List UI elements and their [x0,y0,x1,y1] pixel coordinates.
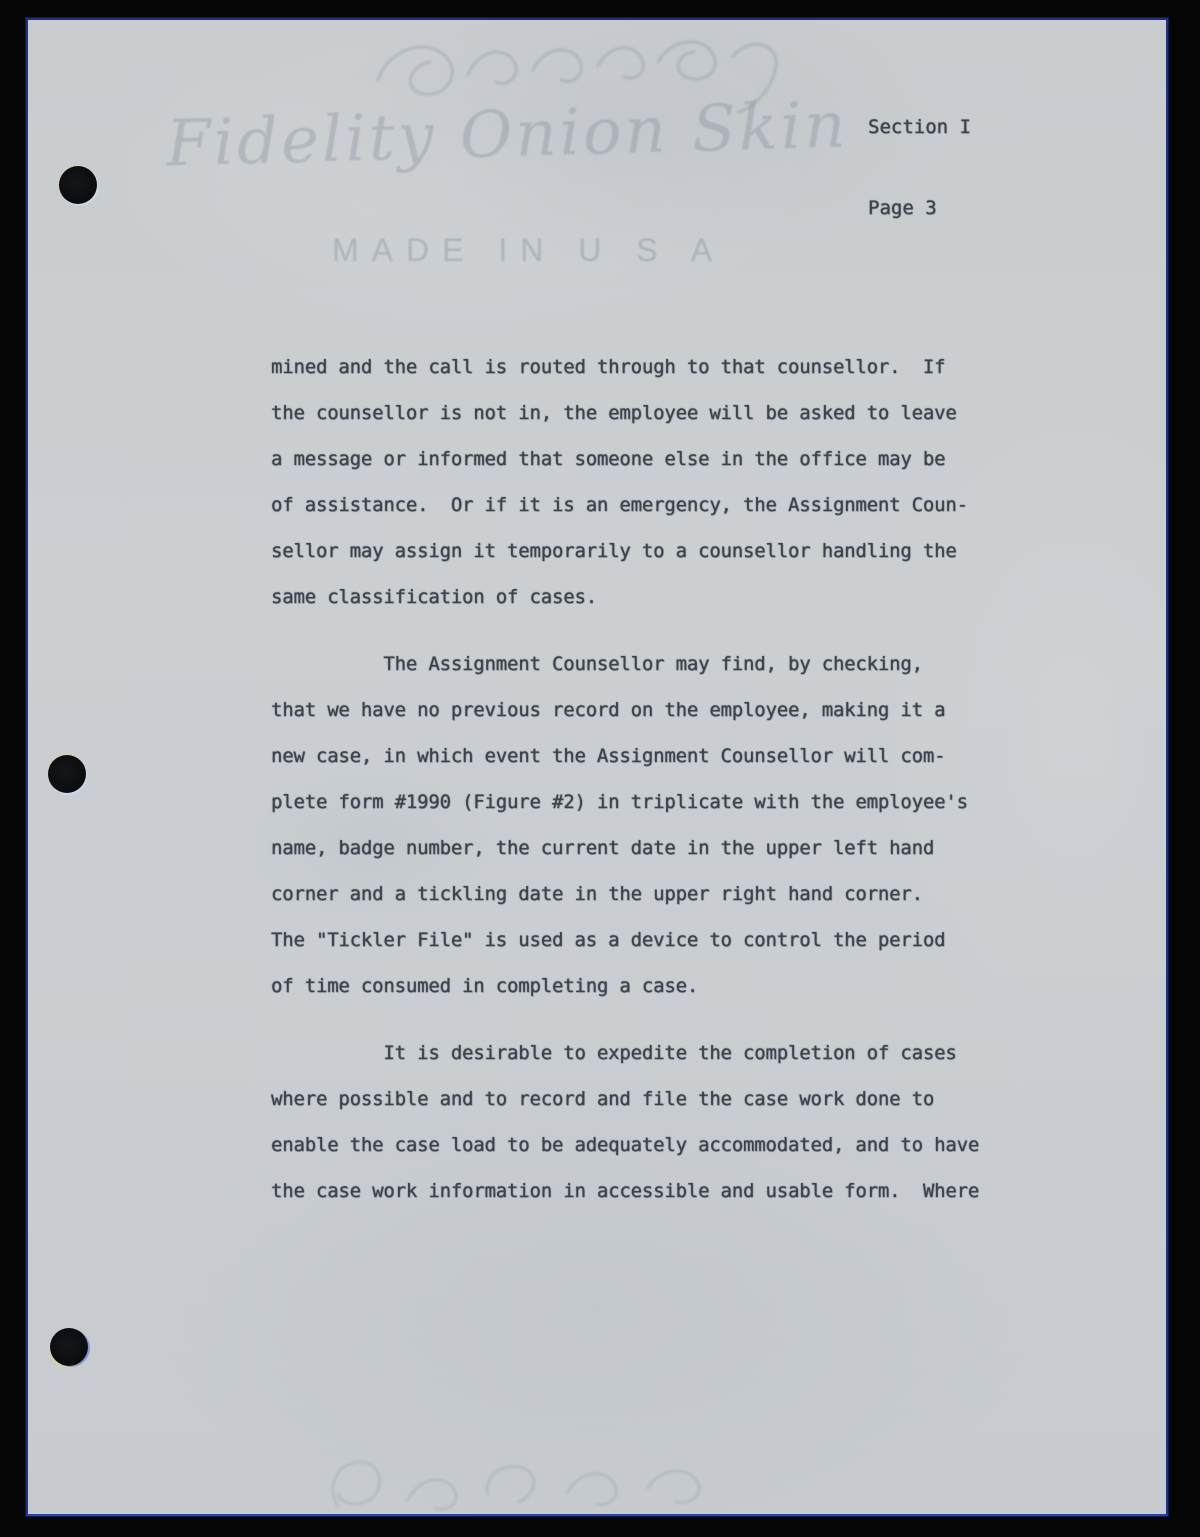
page-header: Section I Page 3 [868,60,971,276]
paragraph-2: The Assignment Counsellor may find, by c… [271,641,1011,1009]
paper-sheet: Fidelity Onion Skin MADE IN U S A Sectio… [26,18,1168,1516]
watermark-script-fragment-bottom [278,1448,878,1512]
document-body: mined and the call is routed through to … [271,344,1011,1214]
watermark-script-fragment-top [358,20,798,115]
page-number-label: Page 3 [868,195,971,222]
hole-punch-middle [48,755,86,793]
section-label: Section I [868,114,971,141]
hole-punch-top [59,166,97,204]
hole-punch-bottom [50,1328,88,1366]
watermark-brand-text: Fidelity Onion Skin [165,88,849,181]
watermark-made-in-usa: MADE IN U S A [332,232,725,269]
paragraph-3: It is desirable to expedite the completi… [271,1030,1011,1214]
paragraph-1: mined and the call is routed through to … [271,344,1011,620]
scanned-document-page: { "doc": { "header": { "section": "Secti… [0,0,1200,1537]
